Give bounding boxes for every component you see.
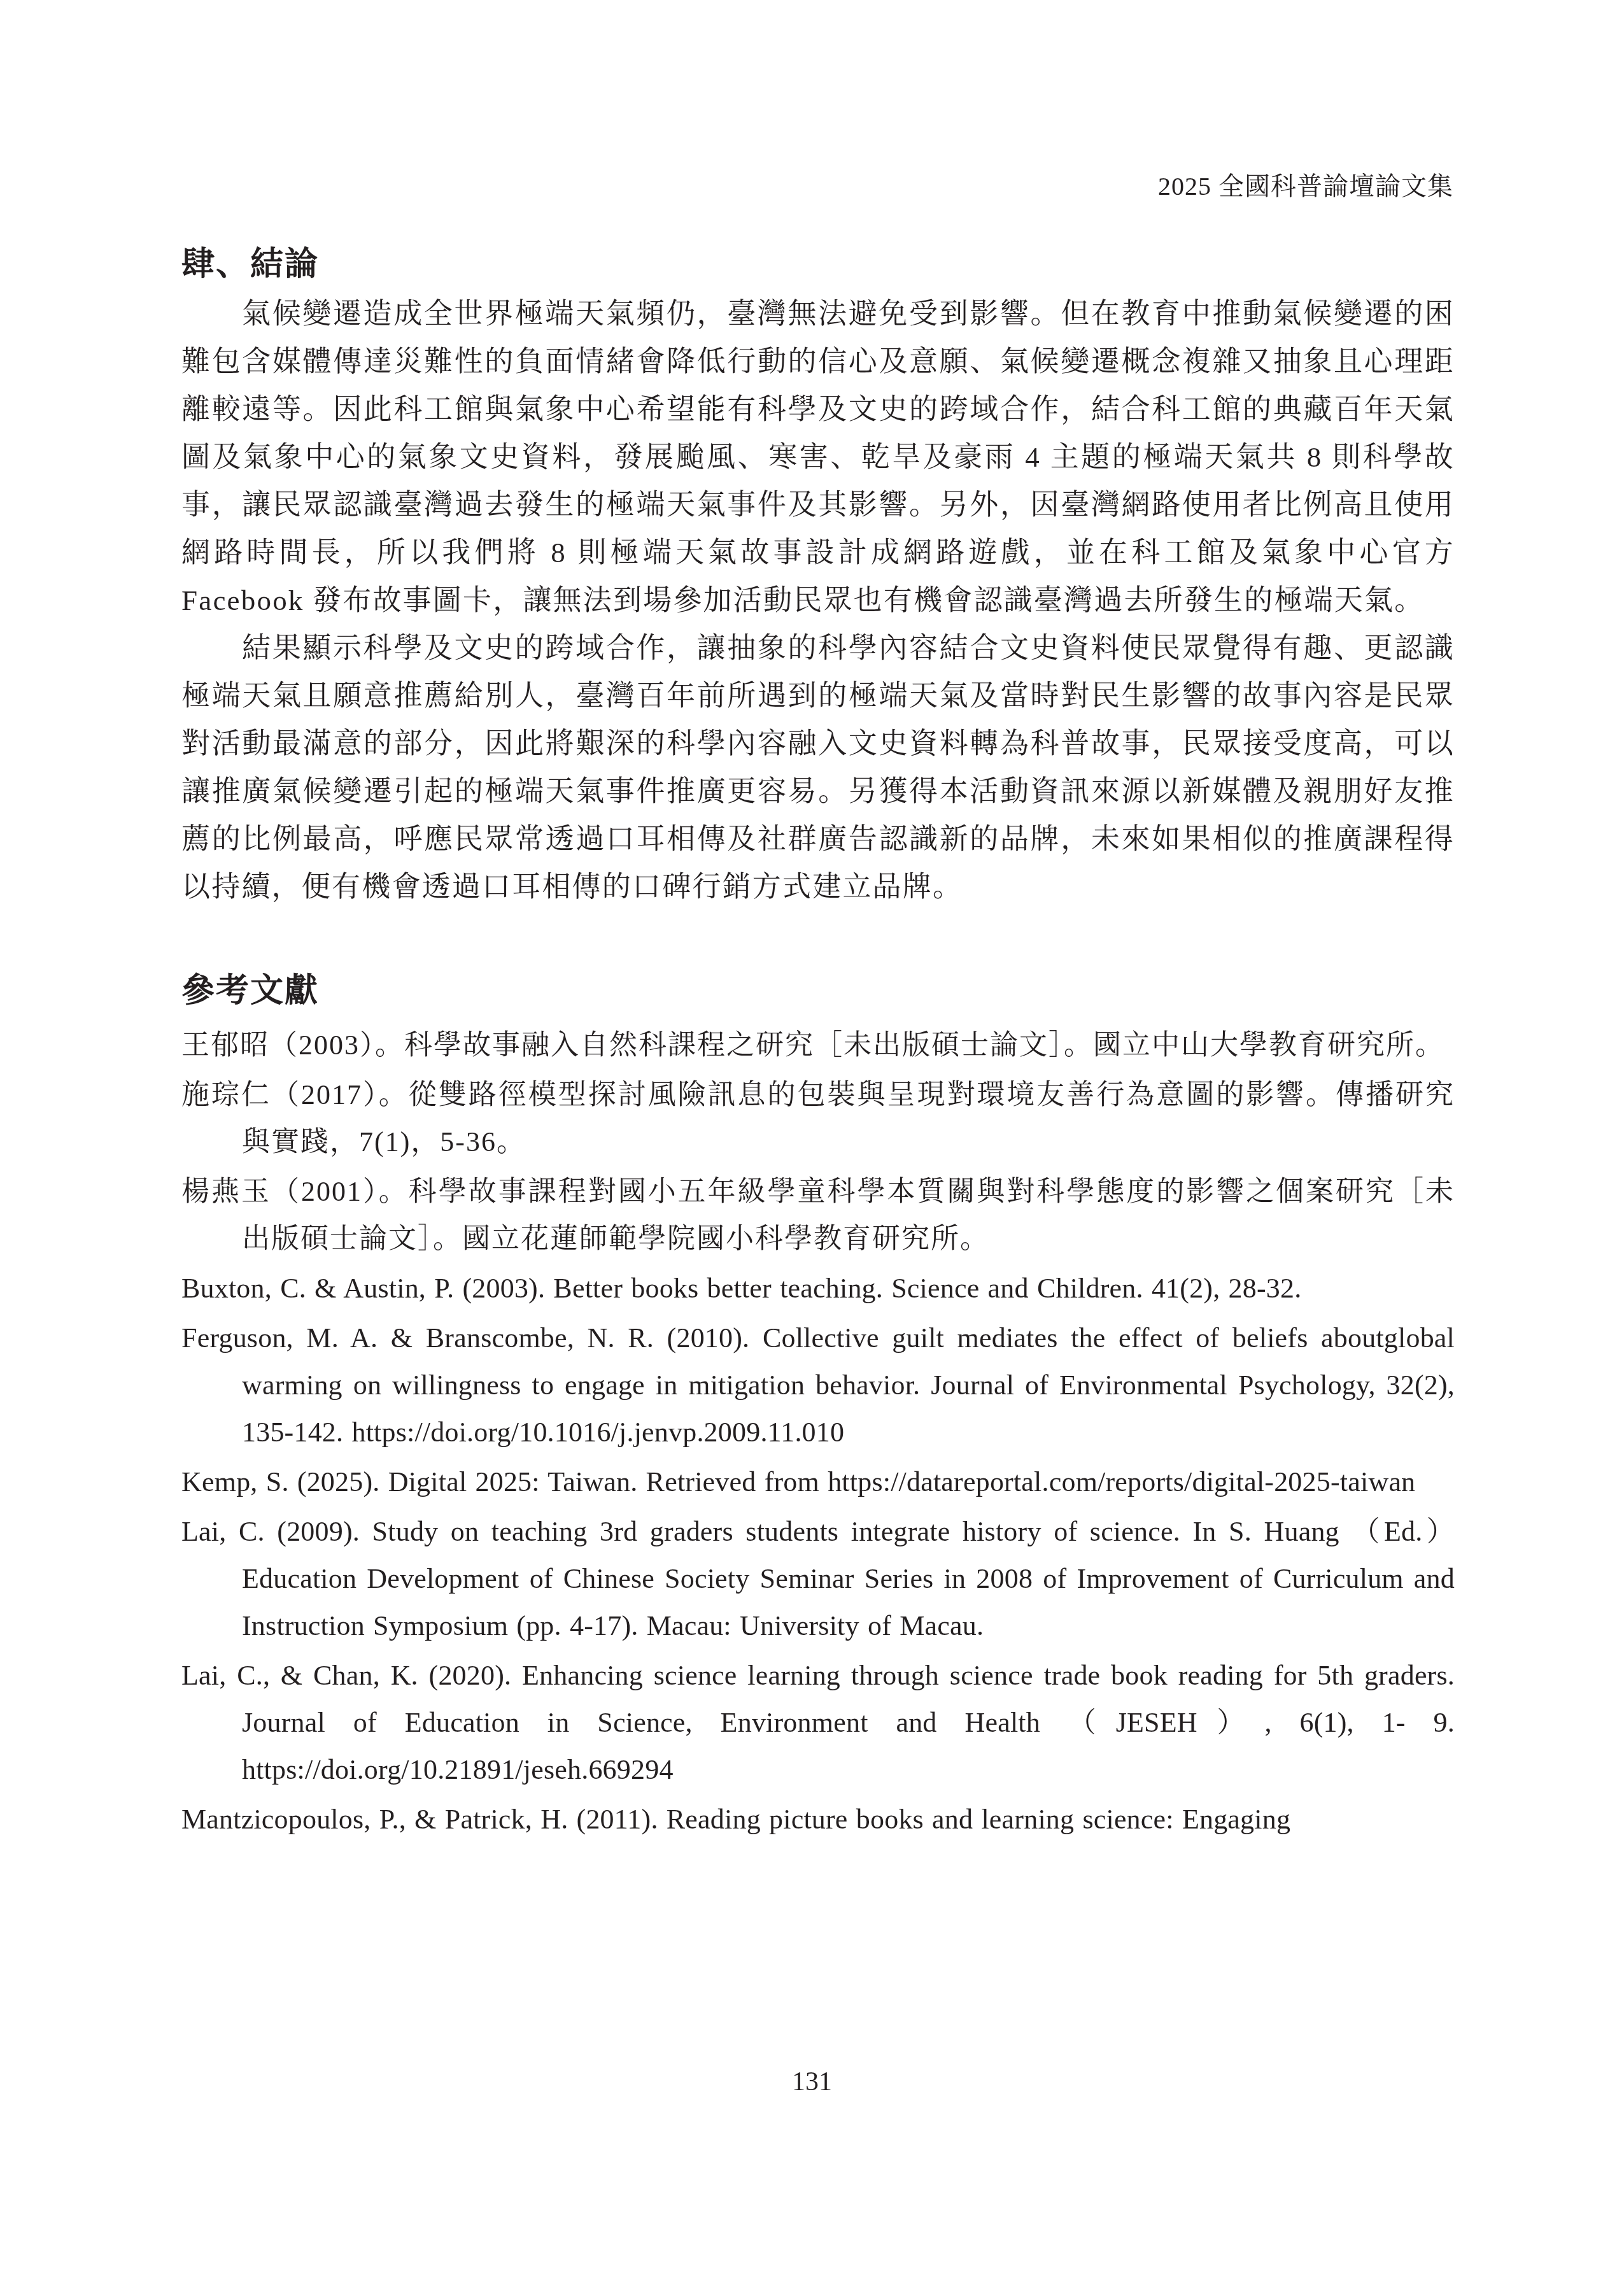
- conclusion-paragraph-1: 氣候變遷造成全世界極端天氣頻仍，臺灣無法避免受到影響。但在教育中推動氣候變遷的困…: [181, 290, 1455, 625]
- conclusion-paragraph-2: 結果顯示科學及文史的跨域合作，讓抽象的科學內容結合文史資料使民眾覺得有趣、更認識…: [181, 625, 1455, 911]
- page-content: 肆、結論 氣候變遷造成全世界極端天氣頻仍，臺灣無法避免受到影響。但在教育中推動氣…: [181, 242, 1455, 1846]
- page-number: 131: [0, 2066, 1624, 2098]
- reference-item: 施琮仁（2017）。從雙路徑模型探討風險訊息的包裝與呈現對環境友善行為意圖的影響…: [181, 1072, 1455, 1166]
- reference-item: 楊燕玉（2001）。科學故事課程對國小五年級學童科學本質關與對科學態度的影響之個…: [181, 1168, 1455, 1263]
- reference-item: Ferguson, M. A. & Branscombe, N. R. (201…: [181, 1315, 1455, 1456]
- reference-item: Kemp, S. (2025). Digital 2025: Taiwan. R…: [181, 1459, 1455, 1506]
- reference-item: Lai, C., & Chan, K. (2020). Enhancing sc…: [181, 1652, 1455, 1793]
- section-title-conclusion: 肆、結論: [181, 242, 1455, 287]
- reference-item: 王郁昭（2003）。科學故事融入自然科課程之研究［未出版碩士論文］。國立中山大學…: [181, 1022, 1455, 1069]
- references-section: 參考文獻 王郁昭（2003）。科學故事融入自然科課程之研究［未出版碩士論文］。國…: [181, 968, 1455, 1843]
- conclusion-section: 肆、結論 氣候變遷造成全世界極端天氣頻仍，臺灣無法避免受到影響。但在教育中推動氣…: [181, 242, 1455, 911]
- reference-item: Lai, C. (2009). Study on teaching 3rd gr…: [181, 1508, 1455, 1650]
- section-title-references: 參考文獻: [181, 968, 1455, 1013]
- reference-item: Mantzicopoulos, P., & Patrick, H. (2011)…: [181, 1796, 1455, 1843]
- running-header: 2025 全國科普論壇論文集: [1158, 171, 1453, 202]
- reference-item: Buxton, C. & Austin, P. (2003). Better b…: [181, 1265, 1455, 1312]
